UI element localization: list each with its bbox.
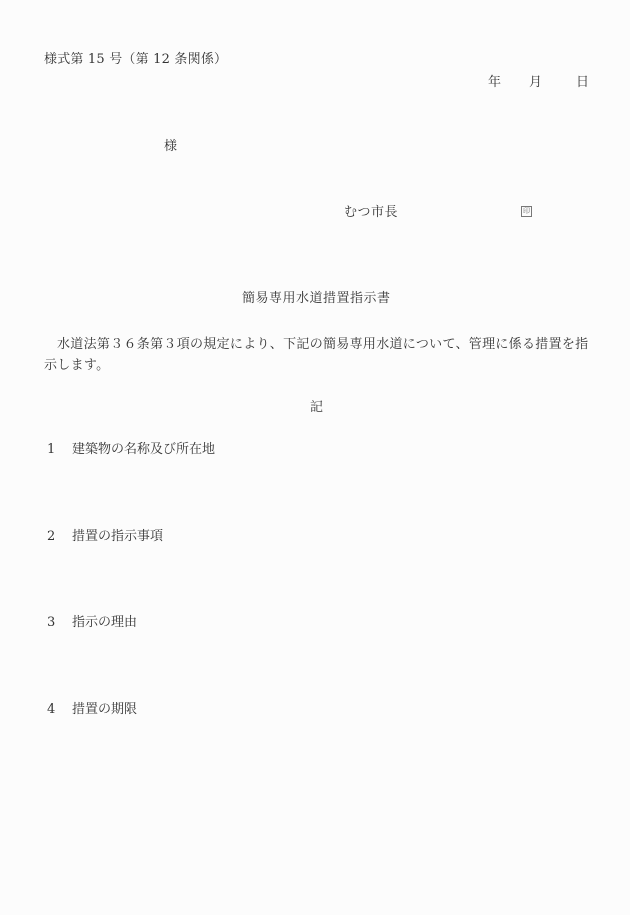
issuer-name: むつ市長 xyxy=(344,206,398,219)
item-number: 4 xyxy=(47,703,72,716)
addressee-honorific: 様 xyxy=(164,140,177,153)
item-label: 建築物の名称及び所在地 xyxy=(72,442,215,457)
date-line: 年月日 xyxy=(488,76,589,89)
date-month-label: 月 xyxy=(529,76,576,89)
body-paragraph: 水道法第３６条第３項の規定により、下記の簡易専用水道について、管理に係る措置を指… xyxy=(44,334,596,376)
form-number: 様式第 15 号（第 12 条関係） xyxy=(44,53,227,66)
item-number: 2 xyxy=(47,530,72,543)
list-item: 3指示の理由 xyxy=(47,616,137,629)
item-label: 指示の理由 xyxy=(72,615,137,630)
ki-mark: 記 xyxy=(310,401,323,414)
date-day-label: 日 xyxy=(576,76,589,89)
item-number: 1 xyxy=(47,443,72,456)
list-item: 4措置の期限 xyxy=(47,703,137,716)
list-item: 1建築物の名称及び所在地 xyxy=(47,443,215,456)
item-label: 措置の期限 xyxy=(72,702,137,717)
item-label: 措置の指示事項 xyxy=(72,529,163,544)
item-number: 3 xyxy=(47,616,72,629)
document-title: 簡易専用水道措置指示書 xyxy=(242,292,391,305)
list-item: 2措置の指示事項 xyxy=(47,530,163,543)
date-year-label: 年 xyxy=(488,76,529,89)
seal-icon: 印 xyxy=(521,206,532,217)
